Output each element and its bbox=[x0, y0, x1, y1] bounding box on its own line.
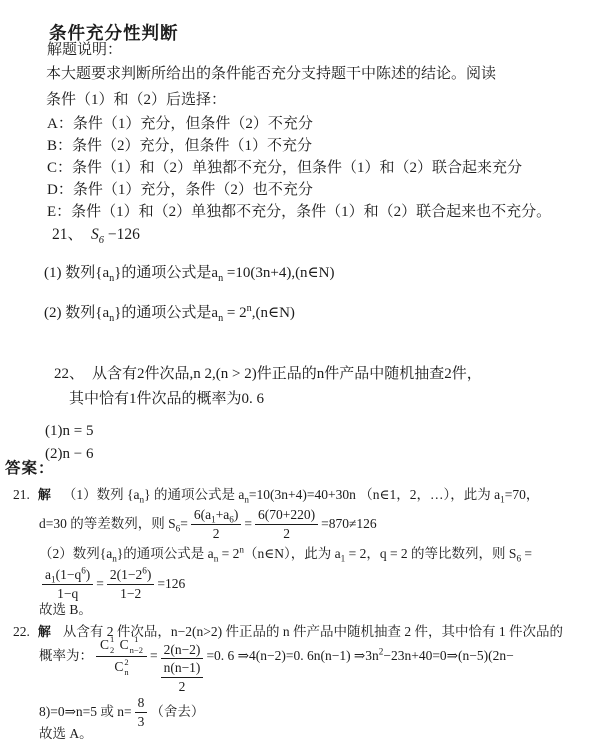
option-e: E：条件（1）和（2）单独都不充分，条件（1）和（2）联合起来也不充分。 bbox=[47, 204, 551, 222]
fraction-numerator: 2(n−2) bbox=[161, 641, 204, 660]
problem-22-statement-line-2: 其中恰有1件次品的概率为0. 6 bbox=[69, 391, 264, 409]
answer-21-solve-label: 解 bbox=[38, 487, 51, 502]
answer-22-line-3-pre: 8)=0⇒n=5 或 n= bbox=[39, 704, 132, 720]
answer-21-line-4: a1(1−q6) 1−q = 2(1−26) 1−2 =126 bbox=[39, 565, 185, 603]
fraction-denominator: 2 bbox=[210, 525, 223, 543]
equals-sign: = bbox=[150, 648, 158, 664]
fraction-geometric-sum-symbolic: a1(1−q6) 1−q bbox=[42, 566, 93, 602]
fraction-numerator: C12 C1n−2 bbox=[96, 634, 147, 656]
instructions-label: 解题说明： bbox=[47, 42, 122, 60]
combination-symbol-3: C2n bbox=[114, 657, 128, 678]
problem-21-condition-2: (2) 数列{an}的通项公式是an = 2n,(n∈N) bbox=[44, 305, 295, 323]
answer-22-solve-label: 解 bbox=[38, 624, 51, 639]
fraction-combinations: C12 C1n−2 C2n bbox=[96, 634, 147, 678]
answer-22-line-2-post: =0. 6 ⇒4(n−2)=0. 6n(n−1) ⇒3n2−23n+40=0⇒(… bbox=[206, 648, 513, 664]
answer-21-number: 21. bbox=[13, 487, 30, 502]
answers-label: 答案： bbox=[5, 460, 55, 478]
fraction-numerator: n(n−1) bbox=[161, 659, 204, 678]
problem-22-statement-line-1: 22、从含有2件次品,n 2,(n > 2)件正品的n件产品中随机抽查2件， bbox=[54, 366, 482, 384]
fraction-numerator: 6(70+220) bbox=[255, 506, 318, 525]
combination-subscript: n−2 bbox=[130, 645, 143, 656]
option-c: C：条件（1）和（2）单独都不充分，但条件（1）和（2）联合起来充分 bbox=[47, 160, 522, 178]
answer-21-conclusion: 故选 B。 bbox=[39, 602, 92, 618]
combination-symbol-2: C1n−2 bbox=[120, 634, 143, 655]
combination-subscript: n bbox=[124, 667, 128, 678]
fraction-nested: 2(n−2) n(n−1) 2 bbox=[161, 641, 204, 696]
answer-21-text-1: （1）数列 {an} 的通项公式是 an=10(3n+4)=40+30n （n∈… bbox=[63, 487, 539, 502]
fraction-numerator: 2(1−26) bbox=[107, 566, 154, 585]
instructions-text-1: 本大题要求判断所给出的条件能否充分支持题干中陈述的结论。阅读 bbox=[46, 66, 496, 84]
problem-21-statement: 21、S6 −126 bbox=[52, 226, 140, 244]
answer-21-line-3: （2）数列{an}的通项公式是 an = 2n（n∈N），此为 a1 = 2，q… bbox=[39, 546, 532, 562]
answer-21-line-1: 21.解（1）数列 {an} 的通项公式是 an=10(3n+4)=40+30n… bbox=[13, 487, 539, 503]
equals-sign: = bbox=[244, 516, 252, 532]
option-a: A：条件（1）充分，但条件（2）不充分 bbox=[47, 116, 313, 134]
problem-22-statement-text: 从含有2件次品,n 2,(n > 2)件正品的n件产品中随机抽查2件， bbox=[92, 366, 482, 382]
answer-22-line-3: 8)=0⇒n=5 或 n= 8 3 （舍去） bbox=[39, 697, 204, 727]
fraction-denominator: 3 bbox=[135, 713, 148, 731]
fraction-numerator: 8 bbox=[135, 694, 148, 713]
fraction-denominator: 1−q bbox=[54, 585, 81, 603]
fraction-inner: n(n−1) 2 bbox=[161, 659, 204, 695]
answer-21-line-2: d=30 的等差数列，则 S6= 6(a1+a6) 2 = 6(70+220) … bbox=[39, 506, 377, 542]
answer-22-conclusion: 故选 A。 bbox=[39, 726, 93, 742]
answer-21-line-4-post: =126 bbox=[157, 576, 185, 592]
fraction-s6-symbolic: 6(a1+a6) 2 bbox=[191, 506, 242, 542]
problem-21-condition-1: (1) 数列{an}的通项公式是an =10(3n+4),(n∈N) bbox=[44, 265, 335, 283]
fraction-denominator: 2 bbox=[280, 525, 293, 543]
answer-22-probability-label: 概率为： bbox=[39, 648, 93, 664]
answer-22-line-2: 概率为： C12 C1n−2 C2n = 2(n−2) n(n−1) 2 =0.… bbox=[39, 641, 514, 671]
combination-superscript: 2 bbox=[124, 657, 128, 668]
problem-21-number: 21、 bbox=[52, 226, 83, 243]
combination-base: C bbox=[114, 658, 123, 676]
problem-21-statement-rest: −126 bbox=[104, 226, 140, 243]
fraction-denominator: 1−2 bbox=[117, 585, 144, 603]
combination-base: C bbox=[120, 636, 129, 654]
combination-superscript: 1 bbox=[110, 634, 114, 645]
instructions-text-2: 条件（1）和（2）后选择： bbox=[46, 92, 226, 110]
fraction-numerator: 6(a1+a6) bbox=[191, 506, 242, 525]
problem-22-condition-1: (1)n = 5 bbox=[45, 423, 93, 441]
fraction-geometric-sum-numeric: 2(1−26) 1−2 bbox=[107, 566, 154, 602]
combination-base: C bbox=[100, 636, 109, 654]
option-b: B：条件（2）充分，但条件（1）不充分 bbox=[47, 138, 312, 156]
fraction-numerator: a1(1−q6) bbox=[42, 566, 93, 585]
problem-21-statement-var: S6 bbox=[91, 226, 104, 243]
problem-22-number: 22、 bbox=[54, 366, 84, 382]
page-title: 条件充分性判断 bbox=[49, 20, 179, 45]
answer-22-number: 22. bbox=[13, 624, 30, 639]
document-page: 条件充分性判断 解题说明： 本大题要求判断所给出的条件能否充分支持题干中陈述的结… bbox=[0, 0, 605, 746]
fraction-eight-thirds: 8 3 bbox=[135, 694, 148, 730]
equals-sign: = bbox=[96, 576, 104, 592]
combination-subscript: 2 bbox=[110, 645, 114, 656]
fraction-denominator: n(n−1) 2 bbox=[161, 659, 204, 695]
combination-symbol-1: C12 bbox=[100, 634, 114, 655]
option-d: D：条件（1）充分，条件（2）也不充分 bbox=[47, 182, 313, 200]
fraction-s6-numeric: 6(70+220) 2 bbox=[255, 506, 318, 542]
combination-superscript: 1 bbox=[130, 634, 143, 645]
answer-22-line-3-post: （舍去） bbox=[150, 704, 204, 720]
answer-21-line-2-post: =870≠126 bbox=[321, 516, 377, 532]
fraction-denominator: C2n bbox=[110, 657, 132, 678]
answer-21-line-2-pre: d=30 的等差数列，则 S6= bbox=[39, 516, 188, 532]
fraction-denominator: 2 bbox=[176, 678, 189, 696]
